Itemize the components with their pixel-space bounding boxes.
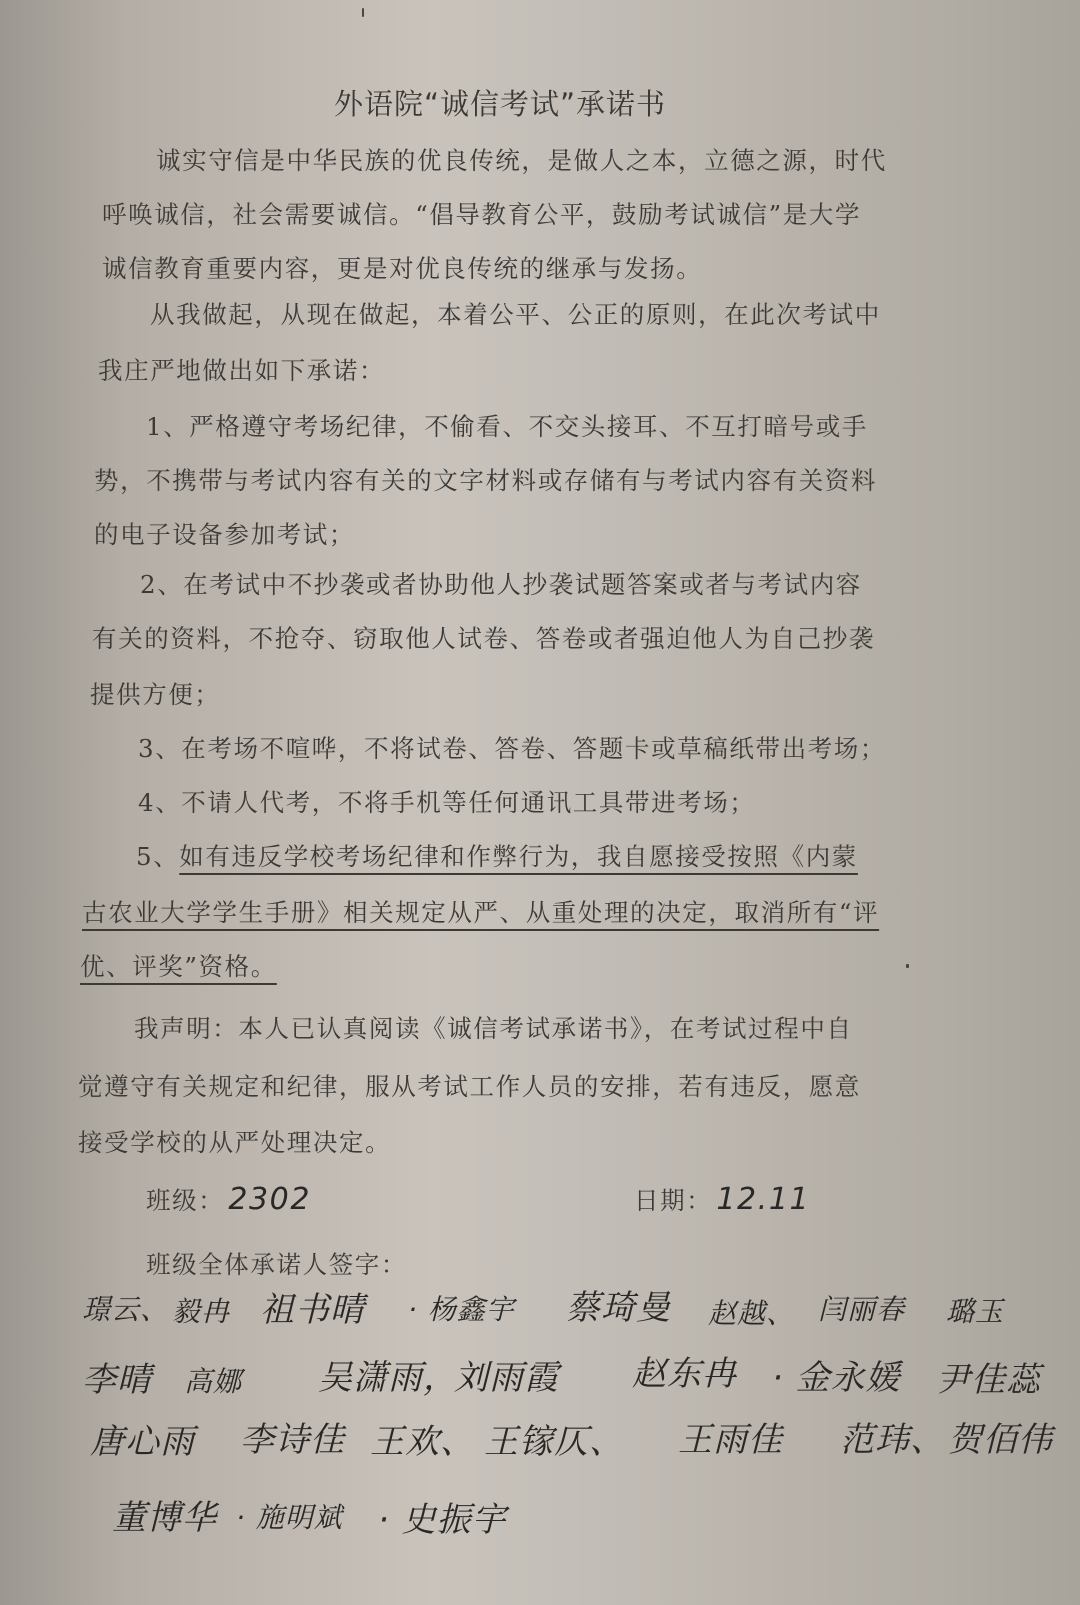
pledge-intro-line: 从我做起，从现在做起，本着公平、公正的原则，在此次考试中: [150, 296, 881, 331]
item-line: 优、评奖”资格。: [80, 948, 277, 983]
signature: 吴潇雨，: [318, 1350, 458, 1399]
paper-speck: [906, 964, 909, 968]
item-text: 在考场不喧哗，不将试卷、答卷、答题卡或草稿纸带出考场；: [181, 734, 886, 763]
signature: 赵越、: [708, 1292, 795, 1332]
signature: · 金永媛: [772, 1350, 901, 1399]
signature: 尹佳蕊: [936, 1352, 1041, 1401]
signature: 范玮、: [840, 1412, 945, 1461]
signature: 毅冉: [172, 1290, 230, 1330]
item-number: 5、: [136, 842, 179, 871]
declaration-line: 觉遵守有关规定和纪律，服从考试工作人员的安排，若有违反，愿意: [78, 1068, 861, 1103]
item-text: 严格遵守考场纪律，不偷看、不交头接耳、不互打暗号或手: [189, 412, 868, 441]
item-text: 在考试中不抄袭或者协助他人抄袭试题答案或者与考试内容: [183, 570, 862, 599]
declaration-line: 接受学校的从严处理决定。: [78, 1124, 391, 1159]
signature-label: 班级全体承诺人签字：: [146, 1246, 407, 1281]
class-field: 班级：2302: [146, 1182, 311, 1217]
signature: 高娜: [184, 1360, 242, 1400]
signature: 李晴: [82, 1352, 152, 1401]
item-line: 有关的资料，不抢夺、窃取他人试卷、答卷或者强迫他人为自己抄袭: [92, 620, 875, 655]
pledge-document: 外语院“诚信考试”承诺书 诚实守信是中华民族的优良传统，是做人之本，立德之源，时…: [0, 0, 1080, 1605]
item-text: 如有违反学校考场纪律和作弊行为，我自愿接受按照《内蒙: [179, 842, 858, 871]
signature: 李诗佳: [240, 1412, 345, 1461]
item-number: 2、: [140, 570, 183, 599]
signature: 董博华: [112, 1490, 217, 1539]
date-field: 日期：12.11: [634, 1182, 810, 1217]
item-text: 不请人代考，不将手机等任何通讯工具带进考场；: [181, 788, 755, 817]
item-number: 1、: [146, 412, 189, 441]
item-line: 古农业大学学生手册》相关规定从严、从重处理的决定，取消所有“评: [82, 894, 879, 929]
pledge-item-2: 2、在考试中不抄袭或者协助他人抄袭试题答案或者与考试内容: [140, 566, 862, 601]
intro-line: 诚实守信是中华民族的优良传统，是做人之本，立德之源，时代: [156, 142, 887, 177]
class-value: 2302: [228, 1182, 311, 1217]
item-number: 4、: [138, 788, 181, 817]
intro-line: 诚信教育重要内容，更是对优良传统的继承与发扬。: [102, 250, 702, 285]
signature: 赵东冉: [632, 1346, 737, 1395]
signature: 王雨佳: [678, 1412, 783, 1461]
signature: 蔡琦曼: [566, 1280, 671, 1329]
item-line: 的电子设备参加考试；: [94, 516, 355, 551]
signature: · 杨鑫宇: [408, 1288, 515, 1328]
item-line: 提供方便；: [90, 676, 221, 711]
item-number: 3、: [138, 734, 181, 763]
document-title: 外语院“诚信考试”承诺书: [0, 82, 1000, 123]
signature: 刘雨霞: [454, 1350, 559, 1399]
class-label: 班级：: [146, 1186, 224, 1215]
signature: 王欢、: [370, 1414, 475, 1463]
paper-speck: [362, 8, 364, 17]
signature: 璐玉: [946, 1290, 1004, 1330]
pledge-item-3: 3、在考场不喧哗，不将试卷、答卷、答题卡或草稿纸带出考场；: [138, 730, 886, 765]
pledge-item-5: 5、如有违反学校考场纪律和作弊行为，我自愿接受按照《内蒙: [136, 838, 858, 873]
signature: 璟云、: [82, 1288, 169, 1328]
pledge-intro-line: 我庄严地做出如下承诺：: [98, 352, 385, 387]
intro-line: 呼唤诚信，社会需要诚信。“倡导教育公平，鼓励考试诚信”是大学: [102, 196, 861, 231]
signature: · 史振宇: [378, 1492, 507, 1541]
pledge-item-4: 4、不请人代考，不将手机等任何通讯工具带进考场；: [138, 784, 756, 819]
signature: · 施明斌: [236, 1496, 343, 1536]
signature: 贺佰伟: [948, 1412, 1053, 1461]
signature: 闫丽春: [818, 1288, 905, 1328]
signature: 祖书晴: [260, 1282, 365, 1331]
declaration-line: 我声明：本人已认真阅读《诚信考试承诺书》，在考试过程中自: [134, 1010, 853, 1045]
signature: 王镓仄、: [484, 1414, 624, 1463]
pledge-item-1: 1、严格遵守考场纪律，不偷看、不交头接耳、不互打暗号或手: [146, 408, 868, 443]
date-label: 日期：: [634, 1186, 712, 1215]
signature: 唐心雨: [90, 1414, 195, 1463]
date-value: 12.11: [716, 1182, 810, 1217]
item-line: 势，不携带与考试内容有关的文字材料或存储有与考试内容有关资料: [94, 462, 877, 497]
